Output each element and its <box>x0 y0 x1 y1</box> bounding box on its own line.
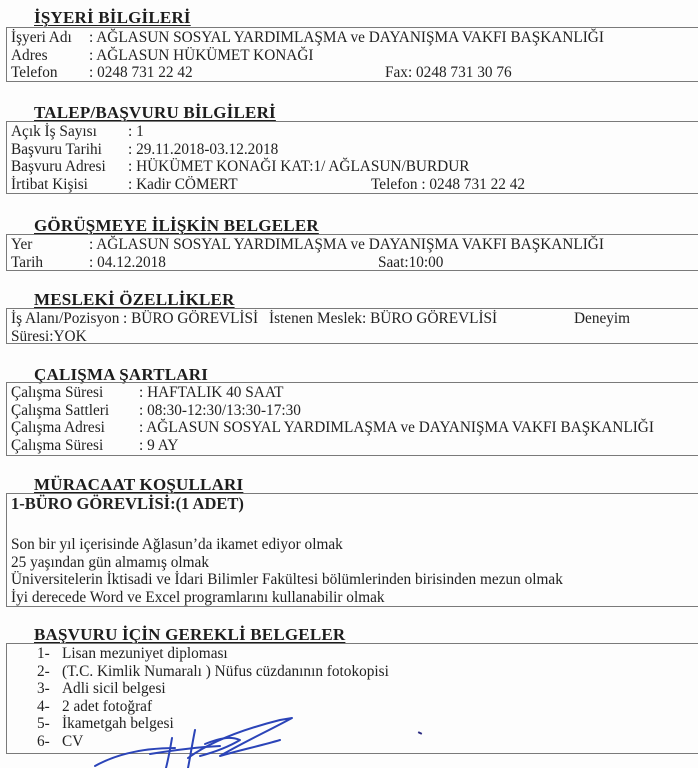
document-item: 3- Adli sicil belgesi <box>37 680 698 698</box>
item-text: 2 adet fotoğraf <box>62 698 152 716</box>
item-number: 6- <box>37 733 50 751</box>
value: : 08:30-12:30/13:30-17:30 <box>139 402 301 420</box>
interview-time: Saat:10:00 <box>378 254 443 272</box>
fax-value: Fax: 0248 731 30 76 <box>385 64 512 82</box>
muracaat-box: 1-BÜRO GÖREVLİSİ:(1 ADET) Son bir yıl iç… <box>6 493 698 607</box>
label: İşyeri Adı <box>11 29 72 47</box>
section-title-gorusme: GÖRÜŞMEYE İLİŞKİN BELGELER <box>34 217 319 235</box>
value: : AĞLASUN SOSYAL YARDIMLAŞMA ve DAYANIŞM… <box>89 29 604 47</box>
gorusme-row: Tarih : 04.12.2018 Saat:10:00 <box>11 254 698 272</box>
label: Başvuru Tarihi <box>11 141 102 159</box>
talep-row: Başvuru Adresi : HÜKÜMET KONAĞI KAT:1/ A… <box>11 158 698 176</box>
talep-row: İrtibat Kişisi : Kadir CÖMERT Telefon : … <box>11 176 698 194</box>
condition-text: 25 yaşından gün almamış olmak <box>11 554 209 572</box>
condition-text: Üniversitelerin İktisadi ve İdari Biliml… <box>11 571 563 589</box>
label: Telefon <box>11 64 58 82</box>
condition-item: İyi derecede Word ve Excel programlarını… <box>11 589 698 607</box>
item-text: İkametgah belgesi <box>62 715 174 733</box>
value: : HAFTALIK 40 SAAT <box>139 384 284 402</box>
value: : AĞLASUN HÜKÜMET KONAĞI <box>89 47 314 65</box>
section-title-meslek: MESLEKİ ÖZELLİKLER <box>34 291 235 309</box>
value: : AĞLASUN SOSYAL YARDIMLAŞMA ve DAYANIŞM… <box>139 419 654 437</box>
spacer <box>11 515 698 536</box>
experience-duration: Süresi:YOK <box>11 328 87 346</box>
isyeri-row: İşyeri Adı : AĞLASUN SOSYAL YARDIMLAŞMA … <box>11 29 698 47</box>
item-text: Lisan mezuniyet diploması <box>62 645 228 663</box>
label: Adres <box>11 47 48 65</box>
isyeri-box: İşyeri Adı : AĞLASUN SOSYAL YARDIMLAŞMA … <box>6 27 698 82</box>
calisma-box: Çalışma Süresi : HAFTALIK 40 SAAT Çalışm… <box>6 382 698 456</box>
requested-profession: İstenen Meslek: BÜRO GÖREVLİSİ <box>269 310 497 328</box>
talep-row: Açık İş Sayısı : 1 <box>11 123 698 141</box>
label: Başvuru Adresi <box>11 158 106 176</box>
isyeri-row: Adres : AĞLASUN HÜKÜMET KONAĞI <box>11 47 698 65</box>
position-title: 1-BÜRO GÖREVLİSİ:(1 ADET) <box>11 495 244 513</box>
value: : BÜRO GÖREVLİSİ <box>123 310 258 328</box>
gorusme-row: Yer : AĞLASUN SOSYAL YARDIMLAŞMA ve DAYA… <box>11 236 698 254</box>
contact-phone: Telefon : 0248 731 22 42 <box>371 176 525 194</box>
section-title-talep: TALEP/BAŞVURU BİLGİLERİ <box>34 104 276 122</box>
item-number: 5- <box>37 715 50 733</box>
item-number: 1- <box>37 645 50 663</box>
document-item: 5- İkametgah belgesi <box>37 715 698 733</box>
item-number: 2- <box>37 663 50 681</box>
experience-label: Deneyim <box>574 310 630 328</box>
gorusme-box: Yer : AĞLASUN SOSYAL YARDIMLAŞMA ve DAYA… <box>6 234 698 271</box>
condition-text: Son bir yıl içerisinde Ağlasun’da ikamet… <box>11 536 343 554</box>
meslek-row: İş Alanı/Pozisyon : BÜRO GÖREVLİSİ İsten… <box>11 310 698 328</box>
belgeler-box: 1- Lisan mezuniyet diploması 2- (T.C. Ki… <box>6 643 698 754</box>
label: Çalışma Süresi <box>11 384 103 402</box>
condition-text: İyi derecede Word ve Excel programlarını… <box>11 589 385 607</box>
label: İrtibat Kişisi <box>11 176 88 194</box>
item-text: CV <box>62 733 83 751</box>
value: : 9 AY <box>139 437 178 455</box>
value: : 1 <box>128 123 144 141</box>
calisma-row: Çalışma Sattleri : 08:30-12:30/13:30-17:… <box>11 402 698 420</box>
condition-item: Son bir yıl içerisinde Ağlasun’da ikamet… <box>11 536 698 554</box>
section-title-muracaat: MÜRACAAT KOŞULLARI <box>34 476 243 494</box>
label: Tarih <box>11 254 43 272</box>
isyeri-row: Telefon : 0248 731 22 42 Fax: 0248 731 3… <box>11 64 698 82</box>
value: : AĞLASUN SOSYAL YARDIMLAŞMA ve DAYANIŞM… <box>89 236 604 254</box>
condition-item: 25 yaşından gün almamış olmak <box>11 554 698 572</box>
item-number: 4- <box>37 698 50 716</box>
value: : 04.12.2018 <box>89 254 166 272</box>
meslek-box: İş Alanı/Pozisyon : BÜRO GÖREVLİSİ İsten… <box>6 308 698 344</box>
label: Çalışma Sattleri <box>11 402 109 420</box>
section-title-belgeler: BAŞVURU İÇİN GEREKLİ BELGELER <box>34 626 345 644</box>
calisma-row: Çalışma Adresi : AĞLASUN SOSYAL YARDIMLA… <box>11 419 698 437</box>
value: : HÜKÜMET KONAĞI KAT:1/ AĞLASUN/BURDUR <box>128 158 469 176</box>
condition-item: Üniversitelerin İktisadi ve İdari Biliml… <box>11 571 698 589</box>
talep-box: Açık İş Sayısı : 1 Başvuru Tarihi : 29.1… <box>6 121 698 194</box>
item-number: 3- <box>37 680 50 698</box>
value: : 29.11.2018-03.12.2018 <box>128 141 278 159</box>
value: : 0248 731 22 42 <box>89 64 193 82</box>
label: Çalışma Süresi <box>11 437 103 455</box>
calisma-row: Çalışma Süresi : HAFTALIK 40 SAAT <box>11 384 698 402</box>
label: İş Alanı/Pozisyon <box>11 310 119 328</box>
label: Açık İş Sayısı <box>11 123 97 141</box>
talep-row: Başvuru Tarihi : 29.11.2018-03.12.2018 <box>11 141 698 159</box>
calisma-row: Çalışma Süresi : 9 AY <box>11 437 698 455</box>
label: Çalışma Adresi <box>11 419 105 437</box>
document-item: 6- CV <box>37 733 698 751</box>
meslek-row: Süresi:YOK <box>11 328 698 346</box>
position-heading: 1-BÜRO GÖREVLİSİ:(1 ADET) <box>11 495 698 515</box>
section-title-isyeri: İŞYERİ BİLGİLERİ <box>34 9 191 27</box>
document-item: 4- 2 adet fotoğraf <box>37 698 698 716</box>
value: : Kadir CÖMERT <box>128 176 238 194</box>
item-text: Adli sicil belgesi <box>62 680 166 698</box>
label: Yer <box>11 236 32 254</box>
document-item: 2- (T.C. Kimlik Numaralı ) Nüfus cüzdanı… <box>37 663 698 681</box>
item-text: (T.C. Kimlik Numaralı ) Nüfus cüzdanının… <box>62 663 389 681</box>
document-item: 1- Lisan mezuniyet diploması <box>37 645 698 663</box>
